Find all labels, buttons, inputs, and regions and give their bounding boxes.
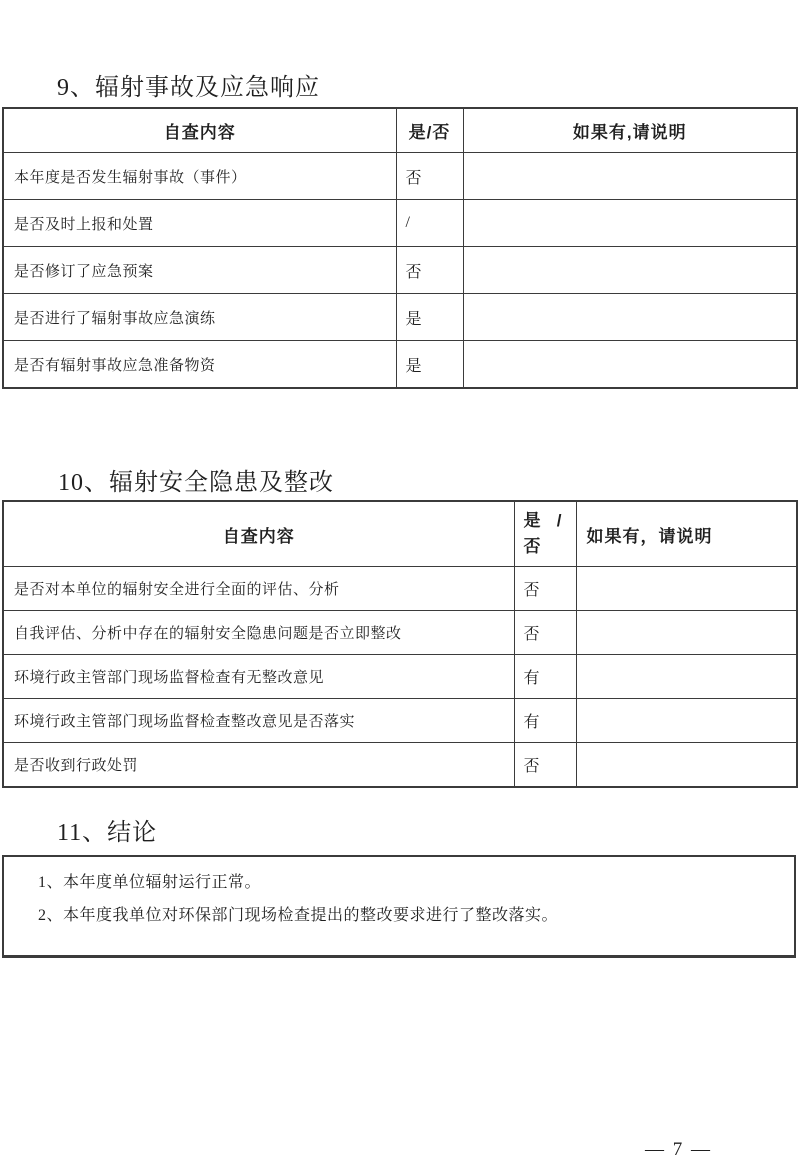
answer-cell: 有 (514, 655, 576, 699)
question-cell: 是否修订了应急预案 (3, 247, 396, 294)
table-row: 是否有辐射事故应急准备物资 是 (3, 341, 797, 389)
remark-cell (463, 200, 797, 247)
table-header-row: 自查内容 是 / 否 如果有，请说明 (3, 501, 797, 567)
document-page: 9、辐射事故及应急响应 自查内容 是/否 如果有,请说明 本年度是否发生辐射事故… (0, 0, 800, 1168)
table-row: 是否收到行政处罚 否 (3, 743, 797, 788)
answer-cell: 否 (514, 743, 576, 788)
slash-label: / (557, 508, 563, 534)
answer-cell: / (396, 200, 463, 247)
question-cell: 环境行政主管部门现场监督检查整改意见是否落实 (3, 699, 514, 743)
section-9-title: 9、辐射事故及应急响应 (57, 74, 320, 102)
answer-cell: 否 (396, 153, 463, 200)
yes-label: 是 (524, 508, 542, 534)
question-cell: 是否及时上报和处置 (3, 200, 396, 247)
section-11-title: 11、结论 (57, 819, 157, 847)
remark-cell (576, 699, 797, 743)
table-header-row: 自查内容 是/否 如果有,请说明 (3, 108, 797, 153)
hazard-rectification-table: 自查内容 是 / 否 如果有，请说明 是否对本单位的辐射安全进行全面的评估、分析… (2, 500, 798, 788)
header-yes-no: 是 / 否 (514, 501, 576, 567)
answer-cell: 是 (396, 294, 463, 341)
table-row: 是否及时上报和处置 / (3, 200, 797, 247)
table-row: 本年度是否发生辐射事故（事件） 否 (3, 153, 797, 200)
remark-cell (576, 743, 797, 788)
section-10-title: 10、辐射安全隐患及整改 (58, 469, 334, 497)
question-cell: 是否收到行政处罚 (3, 743, 514, 788)
table-row: 环境行政主管部门现场监督检查有无整改意见 有 (3, 655, 797, 699)
header-content: 自查内容 (3, 501, 514, 567)
table-row: 自我评估、分析中存在的辐射安全隐患问题是否立即整改 否 (3, 611, 797, 655)
remark-cell (463, 247, 797, 294)
question-cell: 环境行政主管部门现场监督检查有无整改意见 (3, 655, 514, 699)
remark-cell (463, 153, 797, 200)
conclusion-box: 1、本年度单位辐射运行正常。 2、本年度我单位对环保部门现场检查提出的整改要求进… (2, 855, 796, 958)
answer-cell: 有 (514, 699, 576, 743)
remark-cell (463, 341, 797, 389)
header-yes-no-line2: 否 (516, 534, 575, 560)
question-cell: 自我评估、分析中存在的辐射安全隐患问题是否立即整改 (3, 611, 514, 655)
header-remark: 如果有,请说明 (463, 108, 797, 153)
accident-response-table: 自查内容 是/否 如果有,请说明 本年度是否发生辐射事故（事件） 否 是否及时上… (2, 107, 798, 389)
table-row: 是否对本单位的辐射安全进行全面的评估、分析 否 (3, 567, 797, 611)
remark-cell (576, 567, 797, 611)
answer-cell: 是 (396, 341, 463, 389)
table-row: 环境行政主管部门现场监督检查整改意见是否落实 有 (3, 699, 797, 743)
remark-cell (576, 611, 797, 655)
remark-cell (576, 655, 797, 699)
remark-cell (463, 294, 797, 341)
header-remark: 如果有，请说明 (576, 501, 797, 567)
header-yes-no-line1: 是 / (516, 508, 575, 534)
conclusion-line-2: 2、本年度我单位对环保部门现场检查提出的整改要求进行了整改落实。 (38, 899, 784, 932)
header-content: 自查内容 (3, 108, 396, 153)
answer-cell: 否 (514, 611, 576, 655)
header-yes-no: 是/否 (396, 108, 463, 153)
conclusion-line-1: 1、本年度单位辐射运行正常。 (38, 866, 784, 899)
table-row: 是否修订了应急预案 否 (3, 247, 797, 294)
question-cell: 是否对本单位的辐射安全进行全面的评估、分析 (3, 567, 514, 611)
page-number: — 7 — (645, 1139, 712, 1161)
question-cell: 本年度是否发生辐射事故（事件） (3, 153, 396, 200)
answer-cell: 否 (514, 567, 576, 611)
question-cell: 是否有辐射事故应急准备物资 (3, 341, 396, 389)
answer-cell: 否 (396, 247, 463, 294)
table-row: 是否进行了辐射事故应急演练 是 (3, 294, 797, 341)
question-cell: 是否进行了辐射事故应急演练 (3, 294, 396, 341)
